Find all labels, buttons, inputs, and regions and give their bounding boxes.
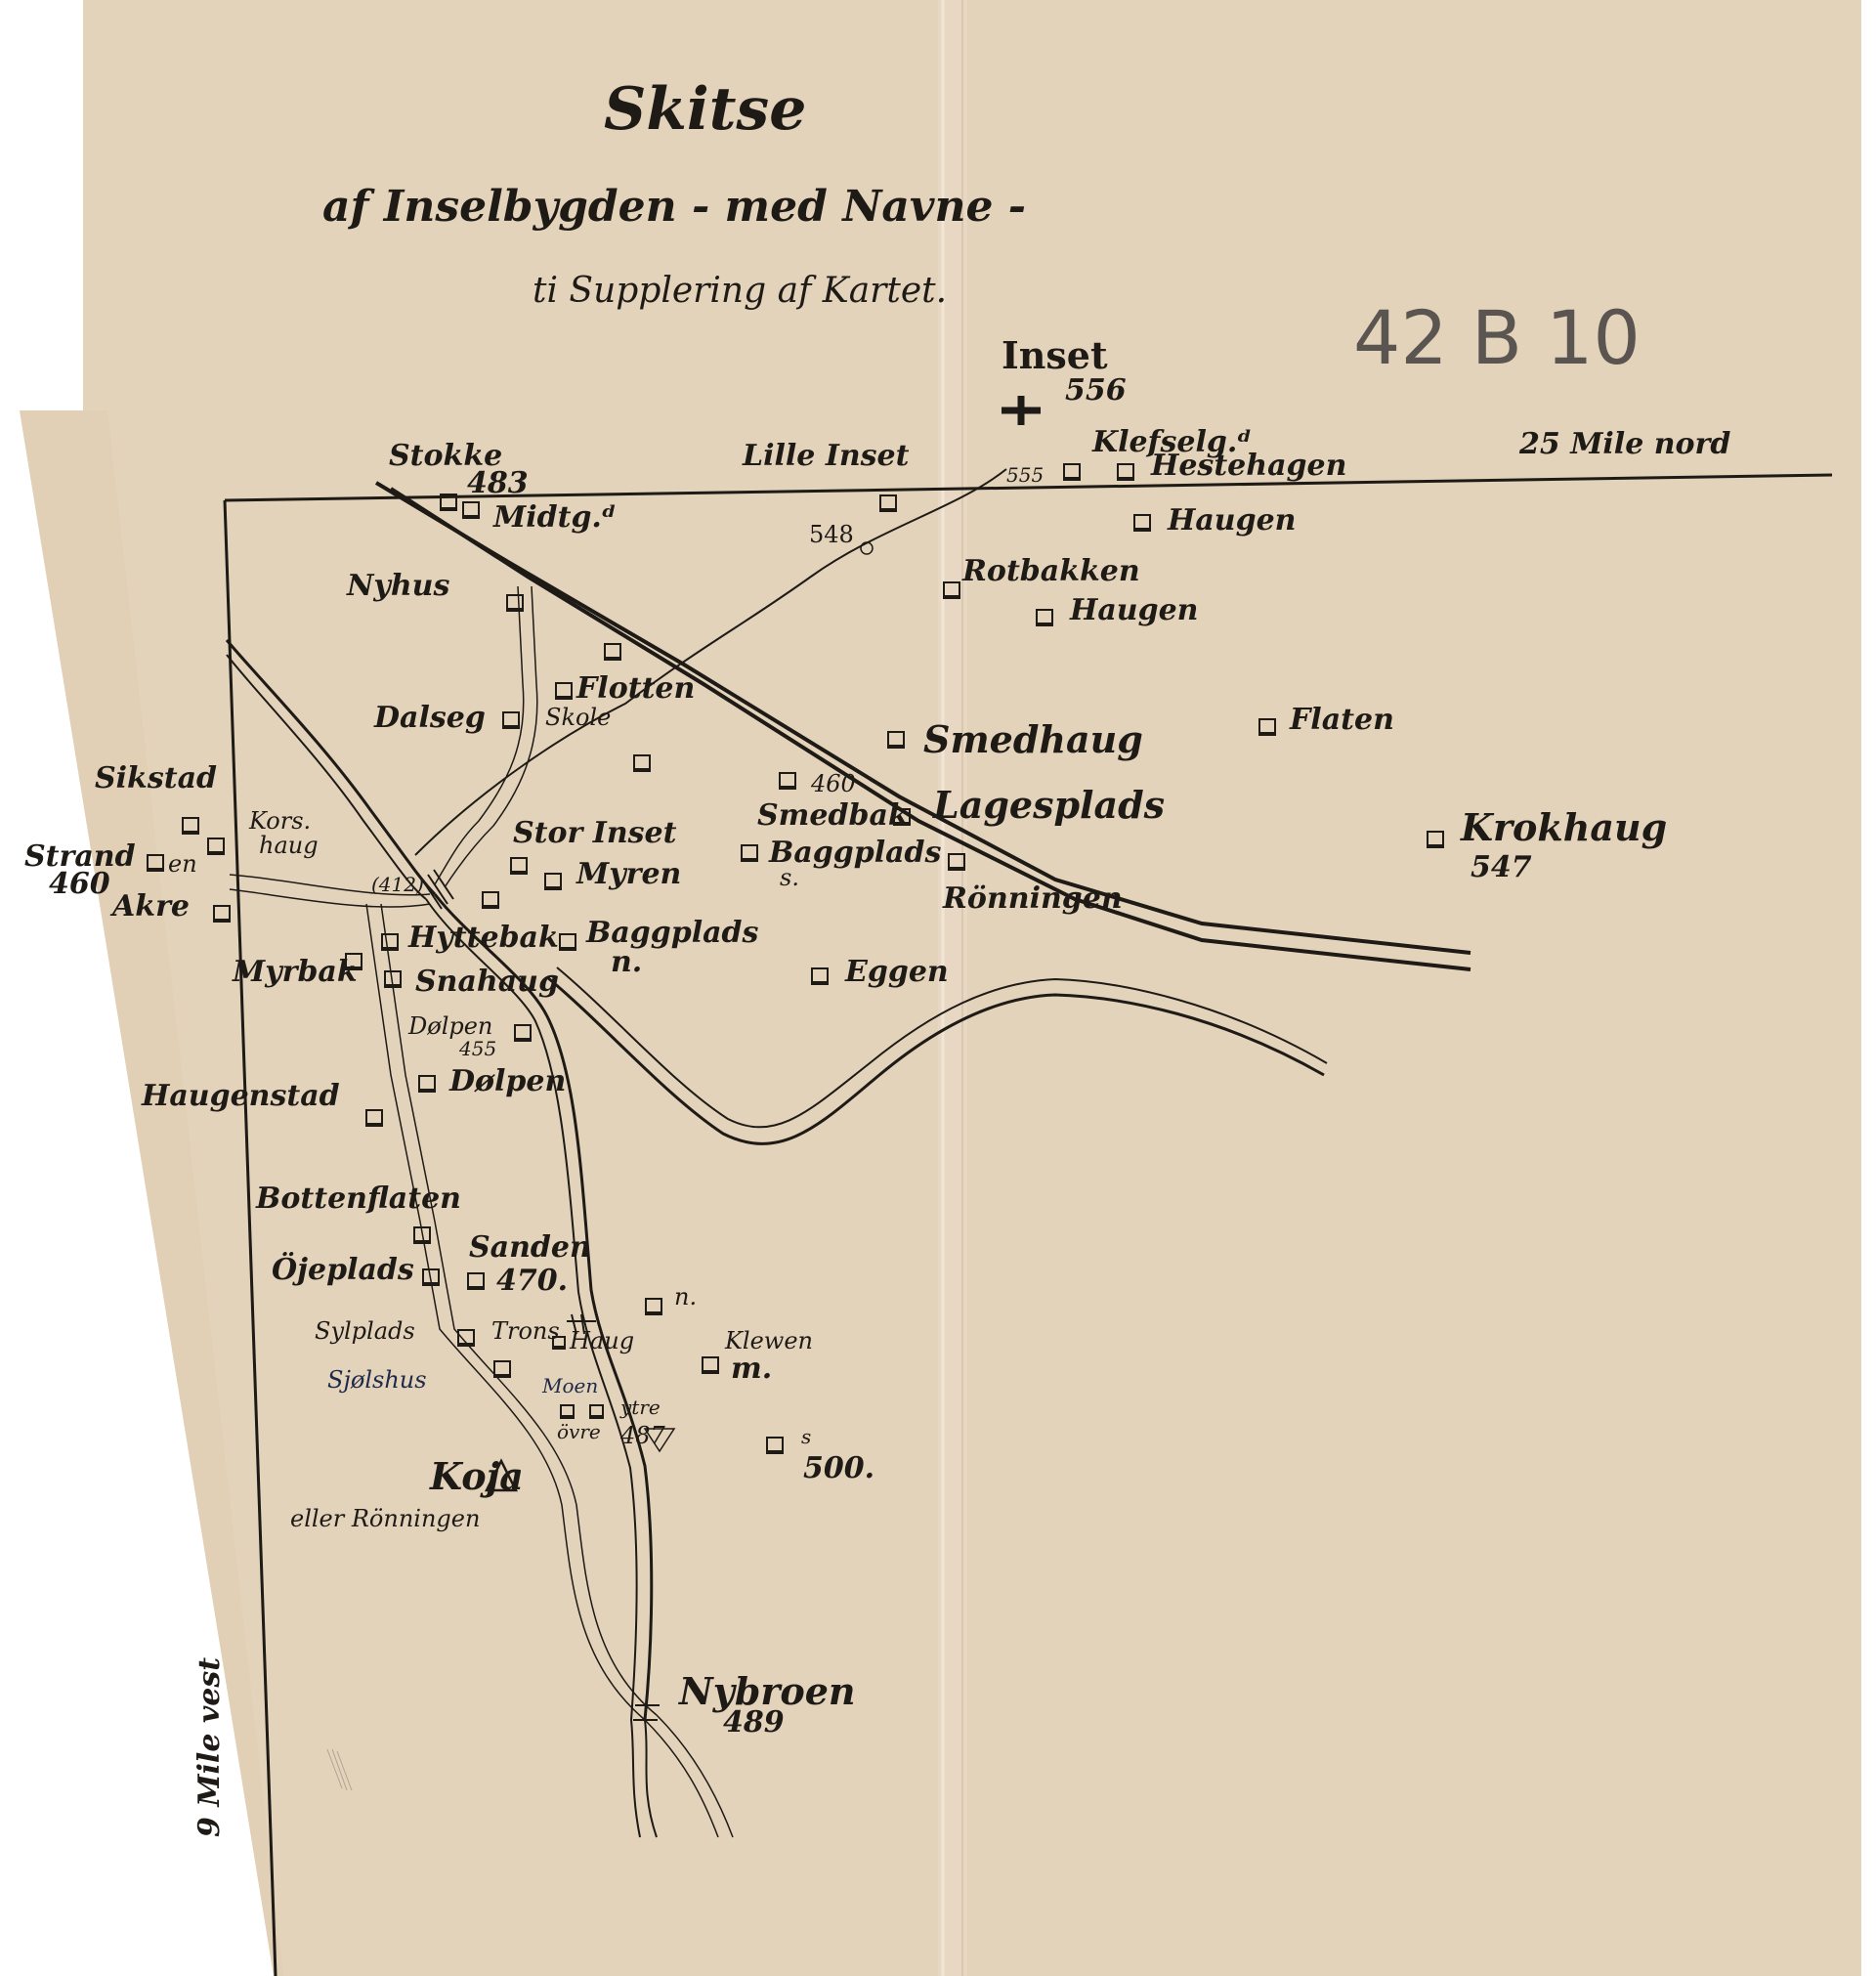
- label-hestehagen: Hestehagen: [1151, 451, 1346, 481]
- building-stranden: [147, 854, 164, 872]
- building-460: [779, 772, 796, 790]
- building-sylplads: [457, 1329, 475, 1347]
- elevation-sanden: 470.: [496, 1267, 568, 1296]
- building-snahaug: [384, 970, 402, 988]
- elevation-nybroen: 489: [723, 1708, 785, 1738]
- building-korshaug: [207, 838, 225, 855]
- building-klewen: [702, 1356, 719, 1374]
- label-ronningen: Rönningen: [943, 884, 1123, 914]
- label-ytre: ytre: [620, 1397, 661, 1417]
- label-stor-inset: Stor Inset: [513, 819, 676, 848]
- building-flotten-east: [604, 643, 621, 661]
- building-krokhaug: [1427, 831, 1444, 848]
- map-subtitle: af Inselbygden - med Navne -: [322, 186, 1026, 229]
- label-hyttebak: Hyttebak: [408, 924, 559, 953]
- building-flaten: [1258, 718, 1276, 736]
- label-snahaug: Snahaug: [415, 967, 559, 997]
- label-eller-ronningen: eller Rönningen: [290, 1507, 480, 1530]
- building-sanden: [467, 1272, 485, 1290]
- building-dalseg: [502, 711, 520, 729]
- label-krokhaug: Krokhaug: [1461, 809, 1667, 846]
- building-hestehagen: [1117, 463, 1134, 481]
- building-midtgd: [462, 501, 480, 519]
- map-subtitle-2: ti Supplering af Kartet.: [533, 274, 947, 309]
- elevation-555: 555: [1006, 465, 1044, 485]
- label-baggplads-s-suffix: s.: [780, 866, 799, 889]
- building-moen-ovre: [560, 1404, 575, 1419]
- building-haugenstad: [365, 1109, 383, 1127]
- building-myrbak: [345, 953, 362, 970]
- label-flaten: Flaten: [1290, 706, 1394, 735]
- building-smedhaug: [887, 731, 905, 749]
- label-smedhaug: Smedhaug: [923, 721, 1143, 758]
- building-baggplads-n: [559, 933, 576, 951]
- label-kors: Kors.: [249, 809, 311, 833]
- building-unnamed-2: [482, 891, 499, 909]
- building-trons: [552, 1336, 566, 1350]
- label-baggplads-n-suffix: n.: [611, 948, 642, 977]
- building-ronningen: [948, 853, 965, 871]
- label-inset: Inset: [1002, 337, 1108, 374]
- label-stranden-suffix: en: [168, 852, 197, 876]
- label-dolpen-1: Dølpen: [408, 1014, 492, 1038]
- label-koja: Koja: [430, 1458, 524, 1495]
- label-sylplads: Sylplads: [315, 1319, 415, 1343]
- building-bottenflaten: [413, 1226, 431, 1244]
- label-akre: Akre: [112, 892, 190, 922]
- label-flotten: Flotten: [576, 674, 695, 704]
- label-dalseg: Dalseg: [374, 704, 486, 733]
- label-myren: Myren: [576, 860, 681, 889]
- label-eggen: Eggen: [845, 958, 949, 987]
- building-moen-ytre: [589, 1404, 604, 1419]
- label-bridge-412: (412): [371, 875, 424, 894]
- label-dolpen-2: Dølpen: [449, 1067, 566, 1096]
- elevation-487: 487: [620, 1424, 665, 1447]
- building-smedbak: [893, 808, 911, 826]
- building-hyttebak: [381, 933, 399, 951]
- label-north-direction: 25 Mile nord: [1519, 430, 1730, 459]
- map-sheet: Skitse af Inselbygden - med Navne - ti S…: [0, 0, 1876, 1976]
- label-haug: Haug: [570, 1329, 634, 1353]
- elevation-krokhaug: 547: [1471, 853, 1532, 882]
- map-title: Skitse: [604, 80, 806, 139]
- elevation-460: 460: [811, 772, 856, 795]
- building-ojeplads: [422, 1268, 440, 1286]
- label-haugen-2: Haugen: [1070, 596, 1198, 625]
- building-flotten: [555, 682, 573, 700]
- building-lille-inset: [879, 494, 897, 512]
- building-dolpen-1: [514, 1024, 532, 1042]
- building-s-500: [766, 1437, 784, 1454]
- label-skole: Skole: [545, 706, 611, 729]
- elevation-inset: 556: [1065, 376, 1127, 406]
- label-lille-inset: Lille Inset: [743, 442, 910, 471]
- building-n: [645, 1298, 662, 1315]
- label-trons: Trons: [491, 1319, 560, 1343]
- label-moen: Moen: [542, 1376, 598, 1396]
- building-akre: [213, 905, 231, 923]
- elevation-stranden: 460: [49, 870, 110, 899]
- label-s: s: [801, 1427, 811, 1446]
- label-haugen-1: Haugen: [1168, 506, 1296, 536]
- building-haugen-1: [1133, 514, 1151, 532]
- building-rotbakken: [943, 581, 960, 599]
- building-klefselgd: [1063, 463, 1081, 481]
- building-unnamed-1: [633, 754, 651, 772]
- label-midtgd: Midtg.ᵈ: [493, 503, 617, 533]
- label-lagesplads: Lagesplads: [933, 787, 1165, 824]
- building-stokke: [440, 494, 457, 511]
- building-haugen-2: [1036, 609, 1053, 626]
- building-sikstad: [182, 817, 199, 835]
- label-smedbak: Smedbak: [757, 801, 909, 831]
- label-ovre: övre: [557, 1422, 601, 1441]
- building-sjolshus: [493, 1360, 511, 1378]
- sheet-reference: 42 B 10: [1353, 301, 1641, 375]
- building-stor-inset: [510, 857, 528, 875]
- label-baggplads-n: Baggplads: [586, 919, 758, 948]
- label-sikstad: Sikstad: [95, 764, 217, 794]
- elevation-dolpen: 455: [459, 1039, 496, 1058]
- elevation-548: 548: [809, 523, 854, 546]
- label-west-direction: 9 Mile vest: [195, 1657, 225, 1837]
- label-rotbakken: Rotbakken: [962, 557, 1140, 586]
- elevation-500: 500.: [803, 1454, 874, 1483]
- building-baggplads-s: [741, 844, 758, 862]
- label-klewen: Klewen: [725, 1329, 813, 1353]
- building-eggen: [811, 967, 829, 985]
- label-m: m.: [731, 1354, 772, 1384]
- label-n: n.: [674, 1285, 697, 1309]
- label-sanden: Sanden: [469, 1233, 591, 1263]
- label-korshaug: haug: [259, 834, 319, 857]
- label-ojeplads: Öjeplads: [272, 1256, 414, 1285]
- building-dolpen-2: [418, 1075, 436, 1093]
- label-nyhus: Nyhus: [347, 572, 449, 601]
- label-bottenflaten: Bottenflaten: [256, 1184, 461, 1214]
- label-myrbak: Myrbak: [233, 958, 358, 987]
- building-nyhus: [506, 594, 524, 612]
- building-myren: [544, 873, 562, 890]
- elevation-stokke: 483: [467, 469, 529, 498]
- label-sjolshus: Sjølshus: [327, 1368, 427, 1392]
- label-haugenstad: Haugenstad: [142, 1082, 340, 1111]
